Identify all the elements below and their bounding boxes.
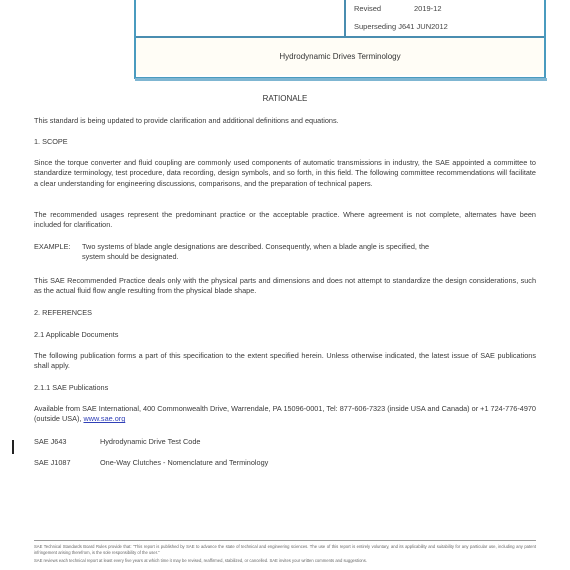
- example-label: EXAMPLE:: [34, 242, 82, 252]
- reference-title: One-Way Clutches - Nomenclature and Term…: [100, 458, 268, 467]
- header-shadow: [135, 78, 547, 81]
- document-header-box: Revised2019-12 Superseding J641 JUN2012 …: [134, 0, 546, 79]
- reference-item: SAE J1087One-Way Clutches - Nomenclature…: [34, 458, 536, 468]
- header-revision-cell: Revised2019-12 Superseding J641 JUN2012: [344, 0, 546, 36]
- footer-divider: [34, 540, 536, 541]
- header-top-row: Revised2019-12 Superseding J641 JUN2012: [136, 0, 544, 38]
- footer-notice-1: SAE Technical Standards Board Rules prov…: [34, 544, 536, 555]
- revised-row: Revised2019-12: [354, 4, 442, 13]
- example-line-1: Two systems of blade angle designations …: [82, 242, 429, 251]
- footer-notice-2: SAE reviews each technical report at lea…: [34, 558, 536, 564]
- references-para: The following publication forms a part o…: [34, 351, 536, 372]
- availability-text: Available from SAE International, 400 Co…: [34, 404, 536, 425]
- sae-publications-heading: 2.1.1 SAE Publications: [34, 383, 536, 393]
- reference-title: Hydrodynamic Drive Test Code: [100, 437, 200, 446]
- rationale-text: This standard is being updated to provid…: [34, 116, 536, 126]
- superseding-row: Superseding J641 JUN2012: [354, 22, 448, 31]
- references-heading: 2. REFERENCES: [34, 308, 536, 318]
- scope-example: EXAMPLE:Two systems of blade angle desig…: [34, 242, 536, 263]
- reference-code: SAE J1087: [34, 458, 100, 468]
- reference-code: SAE J643: [34, 437, 100, 447]
- document-title: Hydrodynamic Drives Terminology: [136, 38, 544, 75]
- revised-label: Revised: [354, 4, 414, 13]
- revised-value: 2019-12: [414, 4, 442, 13]
- sae-website-link[interactable]: www.sae.org: [83, 414, 125, 423]
- change-bar: [12, 440, 14, 454]
- scope-heading: 1. SCOPE: [34, 137, 536, 147]
- scope-para-3: This SAE Recommended Practice deals only…: [34, 276, 536, 297]
- scope-para-2: The recommended usages represent the pre…: [34, 210, 536, 231]
- rationale-heading: RATIONALE: [0, 94, 570, 103]
- reference-item: SAE J643Hydrodynamic Drive Test Code: [34, 437, 536, 447]
- example-line-2: system should be designated.: [34, 252, 536, 262]
- applicable-documents-heading: 2.1 Applicable Documents: [34, 330, 536, 340]
- scope-para-1: Since the torque converter and fluid cou…: [34, 158, 536, 189]
